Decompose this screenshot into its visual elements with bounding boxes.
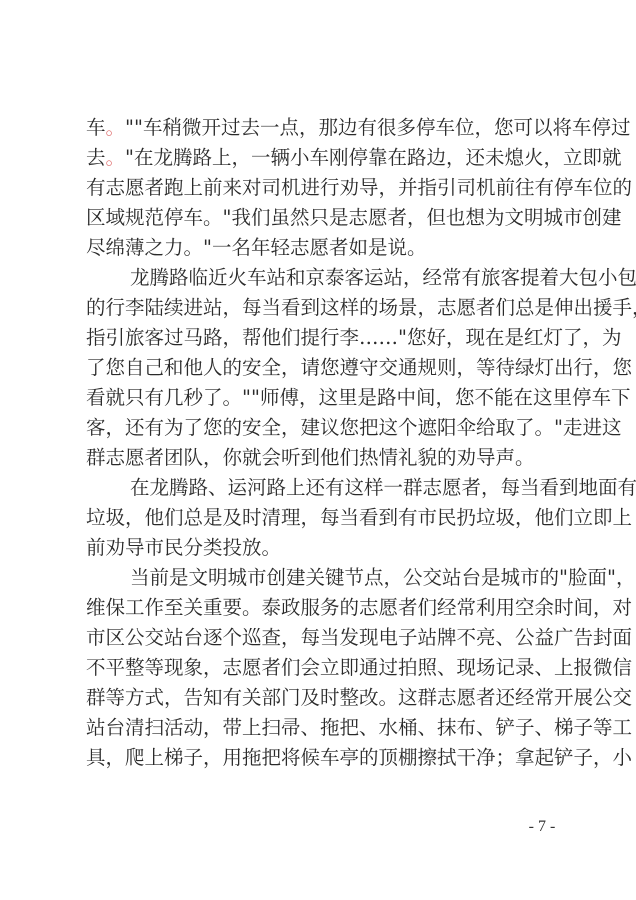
text-segment: ""车稍微开过去一点，那边有很多停车位，您可以将车停过	[125, 116, 630, 139]
text-line: 了您自己和他人的安全，请您遵守交通规则，等待绿灯出行，您	[86, 353, 556, 383]
revision-mark: 。	[106, 146, 126, 169]
text-line: 尽绵薄之力。"一名年轻志愿者如是说。	[86, 233, 556, 263]
text-line: 市区公交站台逐个巡查，每当发现电子站牌不亮、公益广告封面	[86, 623, 556, 653]
text-line: 不平整等现象，志愿者们会立即通过拍照、现场记录、上报微信	[86, 653, 556, 683]
paragraph-start-line: 龙腾路临近火车站和京泰客运站，经常有旅客提着大包小包	[86, 263, 556, 293]
revision-mark: 。	[106, 116, 126, 139]
text-line: 客，还有为了您的安全，建议您把这个遮阳伞给取了。"走进这	[86, 413, 556, 443]
text-line: 群志愿者团队，你就会听到他们热情礼貌的劝导声。	[86, 443, 556, 473]
text-line: 维保工作至关重要。泰政服务的志愿者们经常利用空余时间，对	[86, 593, 556, 623]
text-segment: "在龙腾路上，一辆小车刚停靠在路边，还未熄火，立即就	[125, 146, 621, 169]
text-line: 前劝导市民分类投放。	[86, 533, 556, 563]
text-line: 站台清扫活动，带上扫帚、拖把、水桶、抹布、铲子、梯子等工	[86, 713, 556, 743]
text-segment: 去	[86, 146, 106, 169]
document-page: 车。""车稍微开过去一点，那边有很多停车位，您可以将车停过 去。"在龙腾路上，一…	[0, 0, 636, 900]
text-line: 车。""车稍微开过去一点，那边有很多停车位，您可以将车停过	[86, 113, 556, 143]
text-segment: 车	[86, 116, 106, 139]
text-line: 看就只有几秒了。""师傅，这里是路中间，您不能在这里停车下	[86, 383, 556, 413]
text-line: 具，爬上梯子，用拖把将候车亭的顶棚擦拭干净；拿起铲子，小	[86, 743, 556, 773]
text-line: 群等方式，告知有关部门及时整改。这群志愿者还经常开展公交	[86, 683, 556, 713]
text-line: 有志愿者跑上前来对司机进行劝导，并指引司机前往有停车位的	[86, 173, 556, 203]
text-line: 垃圾，他们总是及时清理，每当看到有市民扔垃圾，他们立即上	[86, 503, 556, 533]
text-line: 去。"在龙腾路上，一辆小车刚停靠在路边，还未熄火，立即就	[86, 143, 556, 173]
paragraph-start-line: 当前是文明城市创建关键节点，公交站台是城市的"脸面"，	[86, 563, 556, 593]
text-line: 的行李陆续进站，每当看到这样的场景，志愿者们总是伸出援手，	[86, 293, 556, 323]
text-line: 指引旅客过马路，帮他们提行李……"您好，现在是红灯了，为	[86, 323, 556, 353]
body-text: 车。""车稍微开过去一点，那边有很多停车位，您可以将车停过 去。"在龙腾路上，一…	[86, 113, 556, 773]
paragraph-start-line: 在龙腾路、运河路上还有这样一群志愿者，每当看到地面有	[86, 473, 556, 503]
page-number: - 7 -	[512, 818, 572, 836]
text-line: 区域规范停车。"我们虽然只是志愿者，但也想为文明城市创建	[86, 203, 556, 233]
